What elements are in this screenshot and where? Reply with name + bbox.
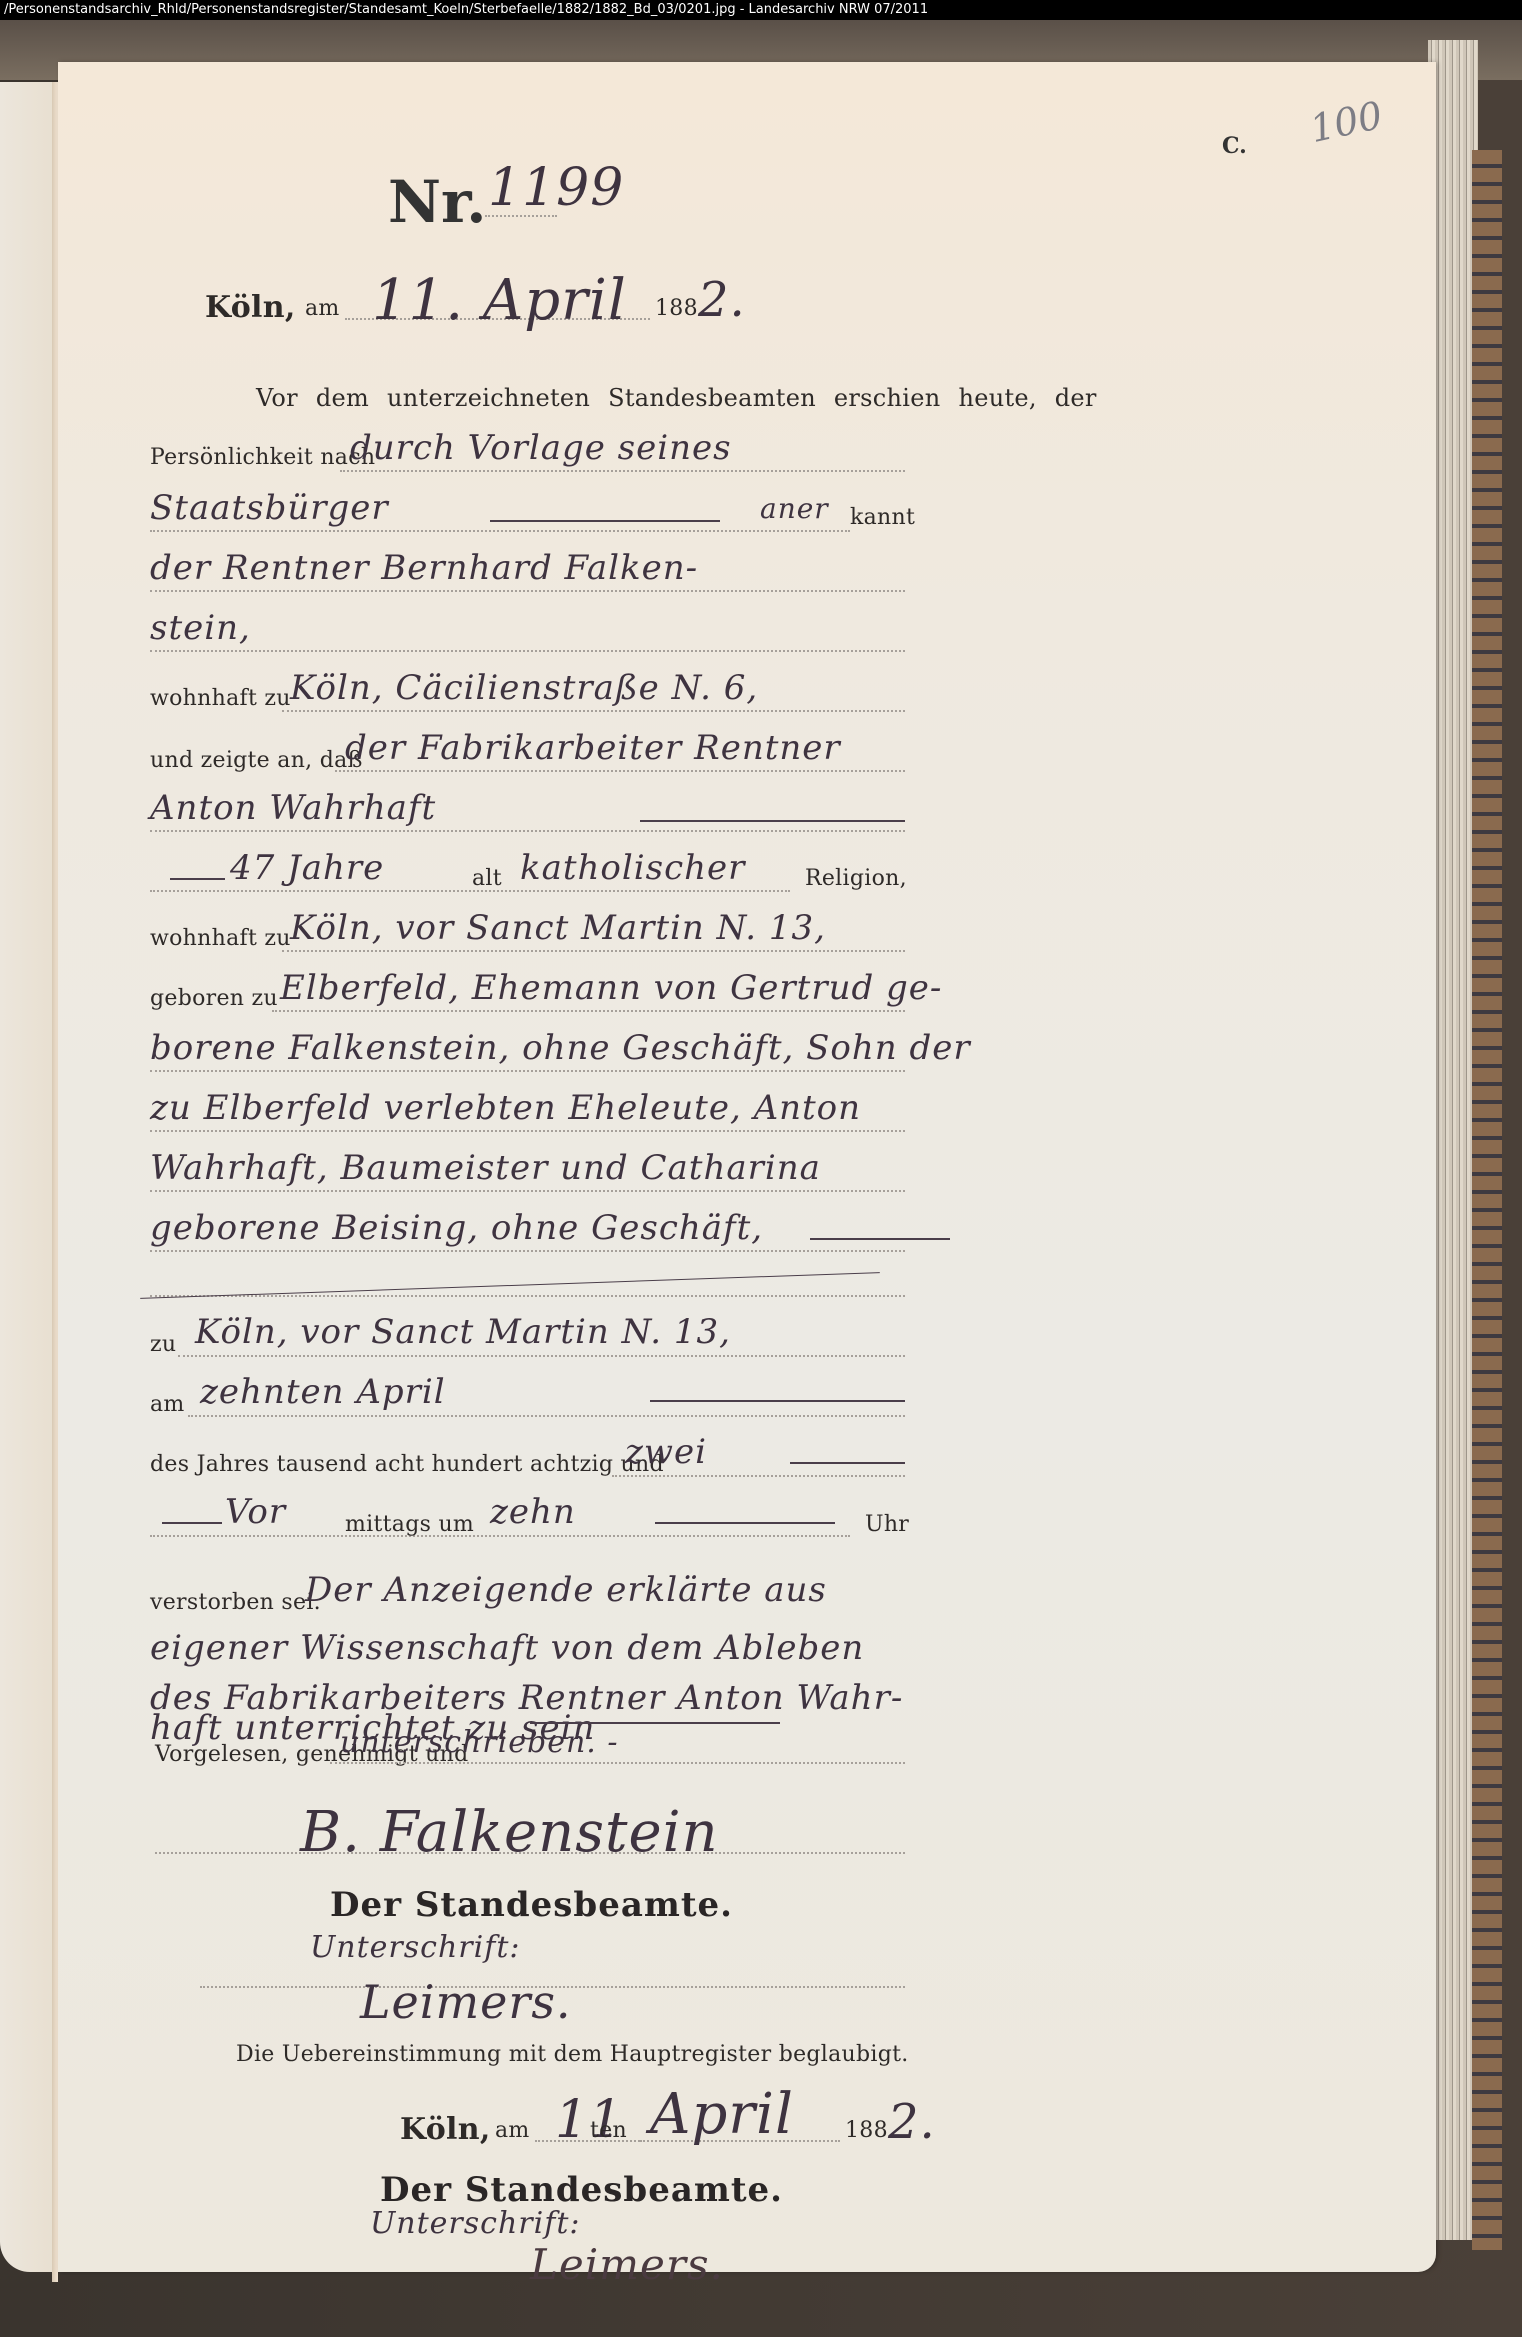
line-hand: Elberfeld, Ehemann von Gertrud ge- — [280, 968, 942, 1008]
line-hand: Köln, Cäcilienstraße N. 6, — [290, 668, 758, 708]
filler-dash — [490, 520, 720, 522]
dotted-line — [155, 1852, 905, 1854]
line-mid: mittags um — [345, 1512, 474, 1537]
line-hand: der Rentner Bernhard Falken- — [150, 548, 698, 588]
line-label: zu — [150, 1332, 176, 1357]
cert-city: Köln, — [400, 2112, 491, 2147]
date-handwritten: 11. April — [372, 268, 627, 333]
filler-dash — [810, 1238, 950, 1240]
filler-dash — [162, 1522, 222, 1524]
window-title-bar: /Personenstandsarchiv_Rhld/Personenstand… — [0, 0, 1522, 20]
dotted-line — [330, 1762, 905, 1764]
cert-month: April — [650, 2082, 794, 2147]
dotted-line — [150, 1535, 850, 1537]
filler-dash — [790, 1462, 905, 1464]
dotted-line — [188, 1415, 905, 1417]
registrar-note: Unterschrift: — [310, 1930, 520, 1965]
line-hand: Köln, vor Sanct Martin N. 13, — [290, 908, 826, 948]
dotted-line — [150, 1130, 905, 1132]
dotted-line — [150, 890, 790, 892]
line-label: Persönlichkeit nach — [150, 445, 375, 470]
dotted-line — [612, 1475, 905, 1477]
line-hand-2: zehn — [490, 1492, 576, 1532]
line-hand: Köln, vor Sanct Martin N. 13, — [195, 1312, 731, 1352]
line-hand: unterschrieben. - — [340, 1725, 619, 1760]
dotted-line — [150, 1190, 905, 1192]
line-hand: eigener Wissenschaft von dem Ableben — [150, 1628, 864, 1668]
line-hand-2: katholischer — [520, 848, 745, 888]
year-prefix: 188 — [655, 296, 698, 321]
dotted-line — [150, 1295, 905, 1297]
dotted-line — [150, 830, 905, 832]
cert-year-prefix: 188 — [845, 2118, 888, 2143]
filler-dash — [530, 1722, 780, 1724]
record-number-value: 1199 — [488, 158, 624, 218]
dotted-line — [150, 1250, 905, 1252]
filler-dash — [655, 1522, 835, 1524]
line-hand: borene Falkenstein, ohne Geschäft, Sohn … — [150, 1028, 971, 1068]
cert-note: Unterschrift: — [370, 2206, 580, 2241]
place-city: Köln, — [205, 290, 296, 325]
year-suffix: 2. — [698, 272, 746, 328]
line-label: geboren zu — [150, 986, 278, 1011]
informant-signature: B. Falkenstein — [300, 1800, 719, 1865]
line-hand: zwei — [625, 1432, 707, 1472]
intro-text: Vor dem unterzeichneten Standesbeamten e… — [256, 384, 1097, 412]
line-label: am — [150, 1392, 185, 1417]
record-number-label: Nr. — [388, 168, 486, 236]
certification-text: Die Uebereinstimmung mit dem Hauptregist… — [236, 2042, 909, 2067]
line-hand: durch Vorlage seines — [350, 428, 732, 468]
line-hand: geborene Beising, ohne Geschäft, — [150, 1208, 763, 1248]
line-label: wohnhaft zu — [150, 686, 291, 711]
place-am: am — [305, 296, 340, 321]
dotted-line — [272, 1010, 905, 1012]
page-marker: C. — [1222, 133, 1247, 159]
cert-signature: Leimers. — [530, 2240, 724, 2289]
dotted-line — [335, 770, 905, 772]
line-mid: alt — [472, 866, 502, 891]
dotted-line — [150, 1070, 905, 1072]
registrar-heading: Der Standesbeamte. — [330, 1885, 733, 1925]
dotted-line — [178, 1355, 905, 1357]
line-hand: zu Elberfeld verlebten Eheleute, Anton — [150, 1088, 861, 1128]
dotted-line — [282, 710, 905, 712]
cert-year-suffix: 2. — [888, 2094, 936, 2150]
line-hand: der Fabrikarbeiter Rentner — [345, 728, 841, 768]
line-label: des Jahres tausend acht hundert achtzig … — [150, 1452, 664, 1477]
line-hand: Vor — [225, 1492, 286, 1532]
filler-dash — [640, 820, 905, 822]
cert-am: am — [495, 2118, 530, 2143]
line-hand: Der Anzeigende erklärte aus — [305, 1570, 827, 1610]
dotted-line — [150, 530, 850, 532]
registrar-signature: Leimers. — [360, 1975, 572, 2029]
line-hand: Anton Wahrhaft — [150, 788, 436, 828]
cert-ten: ten — [590, 2118, 627, 2143]
line-suffix: Religion, — [805, 866, 907, 891]
dotted-line — [150, 590, 905, 592]
dotted-line — [150, 650, 905, 652]
line-label: und zeigte an, daß — [150, 748, 363, 773]
line-label: wohnhaft zu — [150, 926, 291, 951]
line-label: verstorben sei. — [150, 1590, 321, 1615]
cert-heading: Der Standesbeamte. — [380, 2170, 783, 2210]
line-hand: stein, — [150, 608, 251, 648]
filler-dash — [170, 878, 225, 880]
dotted-line — [282, 950, 905, 952]
line-hand: Staatsbürger — [150, 488, 389, 528]
line-suffix: Uhr — [865, 1512, 909, 1537]
line-suffix: kannt — [850, 505, 915, 530]
line-hand-2: aner — [760, 492, 829, 525]
filler-dash — [650, 1400, 905, 1402]
dotted-line — [340, 470, 905, 472]
line-hand: Wahrhaft, Baumeister und Catharina — [150, 1148, 821, 1188]
left-page-edge — [0, 82, 56, 2272]
book-spine-edge — [1472, 150, 1502, 2250]
line-hand: 47 Jahre — [230, 848, 384, 888]
line-hand: zehnten April — [200, 1372, 446, 1412]
window-title: /Personenstandsarchiv_Rhld/Personenstand… — [4, 2, 928, 17]
